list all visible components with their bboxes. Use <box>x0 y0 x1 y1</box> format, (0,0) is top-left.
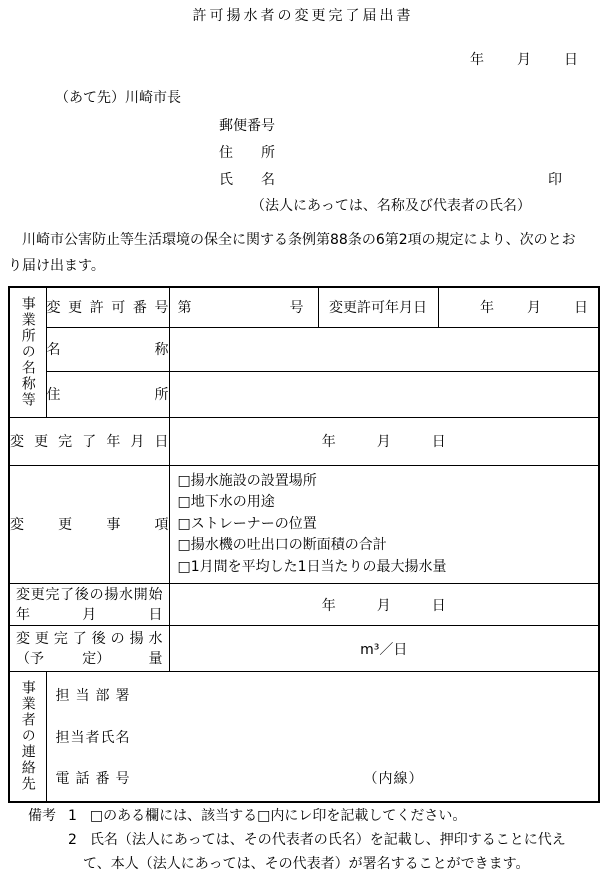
permit-date-day-label: 日 <box>574 297 588 317</box>
pump-start-day-label: 日 <box>432 595 446 615</box>
office-group-cell: 事業所の名称等 <box>9 287 46 417</box>
remark-2-text-line2: て、本人（法人にあっては、その代表者）が署名することができます。 <box>83 852 529 873</box>
permit-number-suffix: 号 <box>290 297 304 317</box>
office-address-label: 住所 <box>46 371 169 417</box>
office-address-input-cell[interactable] <box>169 371 599 417</box>
pump-volume-label-part3: 量 <box>149 649 163 669</box>
contact-department-label: 担当部署 <box>56 685 599 705</box>
office-name-label: 名称 <box>46 327 169 371</box>
pump-volume-unit-cell[interactable]: m³／日 <box>169 626 599 672</box>
remark-1-text: □のある欄には、該当する□内にレ印を記載してください。 <box>90 804 466 828</box>
applicant-name-label: 氏 名 <box>219 169 275 189</box>
addressee-label: （あて先）川崎市長 <box>55 87 181 107</box>
date-month-label: 月 <box>517 49 531 69</box>
pump-volume-label-line1: 変更完了後の揚水 <box>10 629 169 649</box>
completion-date-month-label: 月 <box>377 431 391 451</box>
contact-phone-label: 電話番号 <box>56 771 136 787</box>
completion-date-year-label: 年 <box>322 431 336 451</box>
change-item-checkbox-2[interactable]: □地下水の用途 <box>178 492 599 514</box>
pump-start-label-line2: 年月日 <box>10 605 169 625</box>
pump-start-label-cell: 変更完了後の揚水開始 年月日 <box>9 584 169 626</box>
remark-2-text-line1: 氏名（法人にあっては、その代表者の氏名）を記載し、押印することに代え <box>90 828 566 852</box>
pump-start-year-label: 年 <box>322 595 336 615</box>
change-item-checkbox-1[interactable]: □揚水施設の設置場所 <box>178 471 599 493</box>
seal-mark: 印 <box>548 169 562 189</box>
permit-date-year-label: 年 <box>480 297 494 317</box>
date-year-label: 年 <box>470 49 484 69</box>
intro-line-1: 川崎市公害防止等生活環境の保全に関する条例第88条の6第2項の規定により、次のと… <box>8 227 604 253</box>
permit-date-month-label: 月 <box>527 297 541 317</box>
pump-volume-label-part2: 定） <box>82 649 110 669</box>
contact-group-cell: 事業者の連絡先 <box>9 672 46 802</box>
pump-volume-label-part1: （予 <box>16 649 44 669</box>
completion-date-label: 変更完了年月日 <box>9 417 169 465</box>
permit-number-cell[interactable]: 第 号 <box>169 287 318 327</box>
change-item-checkbox-4[interactable]: □揚水機の吐出口の断面積の合計 <box>178 535 599 557</box>
permit-number-label: 変更許可番号 <box>46 287 169 327</box>
contact-person-label: 担当者氏名 <box>56 727 599 747</box>
permit-date-label: 変更許可年月日 <box>318 287 438 327</box>
remark-2-number: 2 <box>68 828 77 852</box>
pump-start-label-line1: 変更完了後の揚水開始 <box>10 585 169 605</box>
completion-date-cell[interactable]: 年 月 日 <box>169 417 599 465</box>
change-item-checkbox-3[interactable]: □ストレーナーの位置 <box>178 514 599 536</box>
applicant-address-label: 住 所 <box>219 142 275 162</box>
remarks-block: 備考 1 □のある欄には、該当する□内にレ印を記載してください。 2 氏名（法人… <box>28 804 566 873</box>
remark-1-row: 備考 1 □のある欄には、該当する□内にレ印を記載してください。 <box>28 804 566 828</box>
postal-code-label: 郵便番号 <box>219 115 275 135</box>
office-name-input-cell[interactable] <box>169 327 599 371</box>
intro-line-2: り届け出ます。 <box>8 253 604 279</box>
pump-start-month-label: 月 <box>377 595 391 615</box>
remarks-heading: 備考 <box>28 804 56 828</box>
change-items-label: 変更事項 <box>9 465 169 584</box>
change-items-cell: □揚水施設の設置場所 □地下水の用途 □ストレーナーの位置 □揚水機の吐出口の断… <box>169 465 599 584</box>
remark-2-row: 2 氏名（法人にあっては、その代表者の氏名）を記載し、押印することに代え <box>68 828 566 852</box>
office-group-label: 事業所の名称等 <box>21 296 35 408</box>
remark-2-continuation-row: て、本人（法人にあっては、その代表者）が署名することができます。 <box>83 852 566 873</box>
contact-extension-label: （内線） <box>364 768 424 788</box>
contact-phone-row: 電話番号 （内線） <box>56 768 599 788</box>
pump-volume-label-line2: （予 定） 量 <box>10 649 169 669</box>
form-table: 事業所の名称等 変更許可番号 第 号 変更許可年月日 年 月 日 名称 <box>8 286 600 803</box>
pump-start-date-cell[interactable]: 年 月 日 <box>169 584 599 626</box>
form-page: 許可揚水者の変更完了届出書 年 月 日 （あて先）川崎市長 郵便番号 住 所 氏… <box>0 0 606 873</box>
permit-date-cell[interactable]: 年 月 日 <box>438 287 599 327</box>
page-title: 許可揚水者の変更完了届出書 <box>0 5 606 25</box>
completion-date-day-label: 日 <box>432 431 446 451</box>
remark-1-number: 1 <box>68 804 77 828</box>
change-item-checkbox-5[interactable]: □1月間を平均した1日当たりの最大揚水量 <box>178 557 599 579</box>
date-day-label: 日 <box>564 49 578 69</box>
permit-number-prefix: 第 <box>178 297 192 317</box>
contact-group-label: 事業者の連絡先 <box>21 680 35 792</box>
submission-date-line: 年 月 日 <box>470 49 578 69</box>
intro-paragraph: 川崎市公害防止等生活環境の保全に関する条例第88条の6第2項の規定により、次のと… <box>8 227 604 279</box>
pump-volume-label-cell: 変更完了後の揚水 （予 定） 量 <box>9 626 169 672</box>
contact-cell: 担当部署 担当者氏名 電話番号 （内線） <box>46 672 599 802</box>
corporate-note: （法人にあっては、名称及び代表者の氏名） <box>251 195 531 215</box>
